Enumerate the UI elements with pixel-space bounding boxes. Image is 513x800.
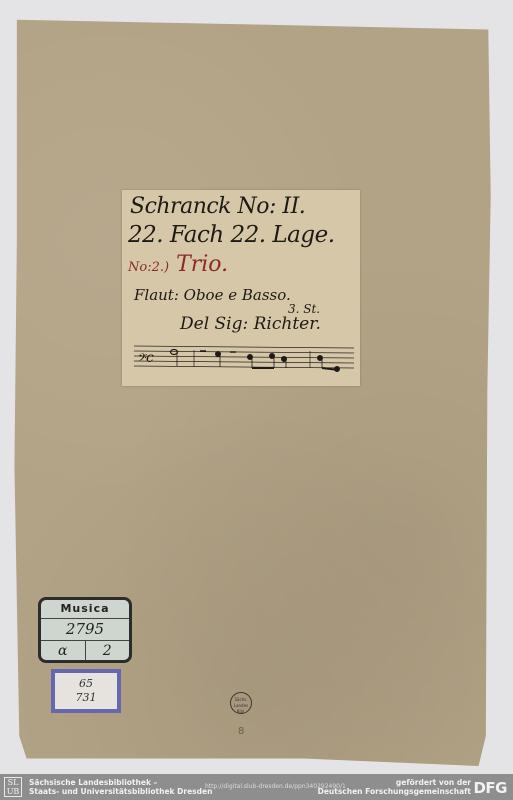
shelfmark-number: 2795 bbox=[41, 619, 129, 641]
institution-name: Sächsische Landesbibliothek – Staats- un… bbox=[29, 778, 212, 796]
blue-label-line2: 731 bbox=[55, 691, 117, 705]
title-line: No:2.) Trio. bbox=[128, 252, 228, 277]
dfg-logo-icon[interactable]: DFG bbox=[473, 779, 507, 797]
shelfmark-card: Musica 2795 α 2 bbox=[38, 597, 132, 663]
funder-text: gefördert von der Deutschen Forschungsge… bbox=[318, 778, 471, 796]
blue-border-label: 65 731 bbox=[51, 669, 121, 713]
blue-label-line1: 65 bbox=[55, 677, 117, 691]
shelfmark-header: Musica bbox=[41, 600, 129, 619]
shelfmark-left-cell: α bbox=[41, 641, 86, 661]
title-label: Schranck No: II. 22. Fach 22. Lage. No:2… bbox=[122, 190, 360, 386]
work-title: Trio. bbox=[176, 252, 228, 277]
footer-bar: SL UB Sächsische Landesbibliothek – Staa… bbox=[0, 774, 513, 800]
svg-text:c: c bbox=[146, 350, 154, 366]
item-number: No:2.) bbox=[128, 260, 169, 275]
slub-logo-icon[interactable]: SL UB bbox=[4, 777, 22, 797]
composer-line: Del Sig: Richter. bbox=[180, 314, 321, 334]
library-stamp-icon: Sächs. Landes Bibl. bbox=[230, 692, 252, 714]
instrumentation-line: Flaut: Oboe e Basso. bbox=[134, 286, 291, 304]
location-line: 22. Fach 22. Lage. bbox=[128, 222, 335, 248]
shelf-line: Schranck No: II. bbox=[130, 194, 305, 219]
shelfmark-right-cell: 2 bbox=[86, 641, 130, 661]
page-number: 8 bbox=[238, 726, 244, 737]
music-incipit-icon: 𝄢 c bbox=[134, 342, 354, 372]
